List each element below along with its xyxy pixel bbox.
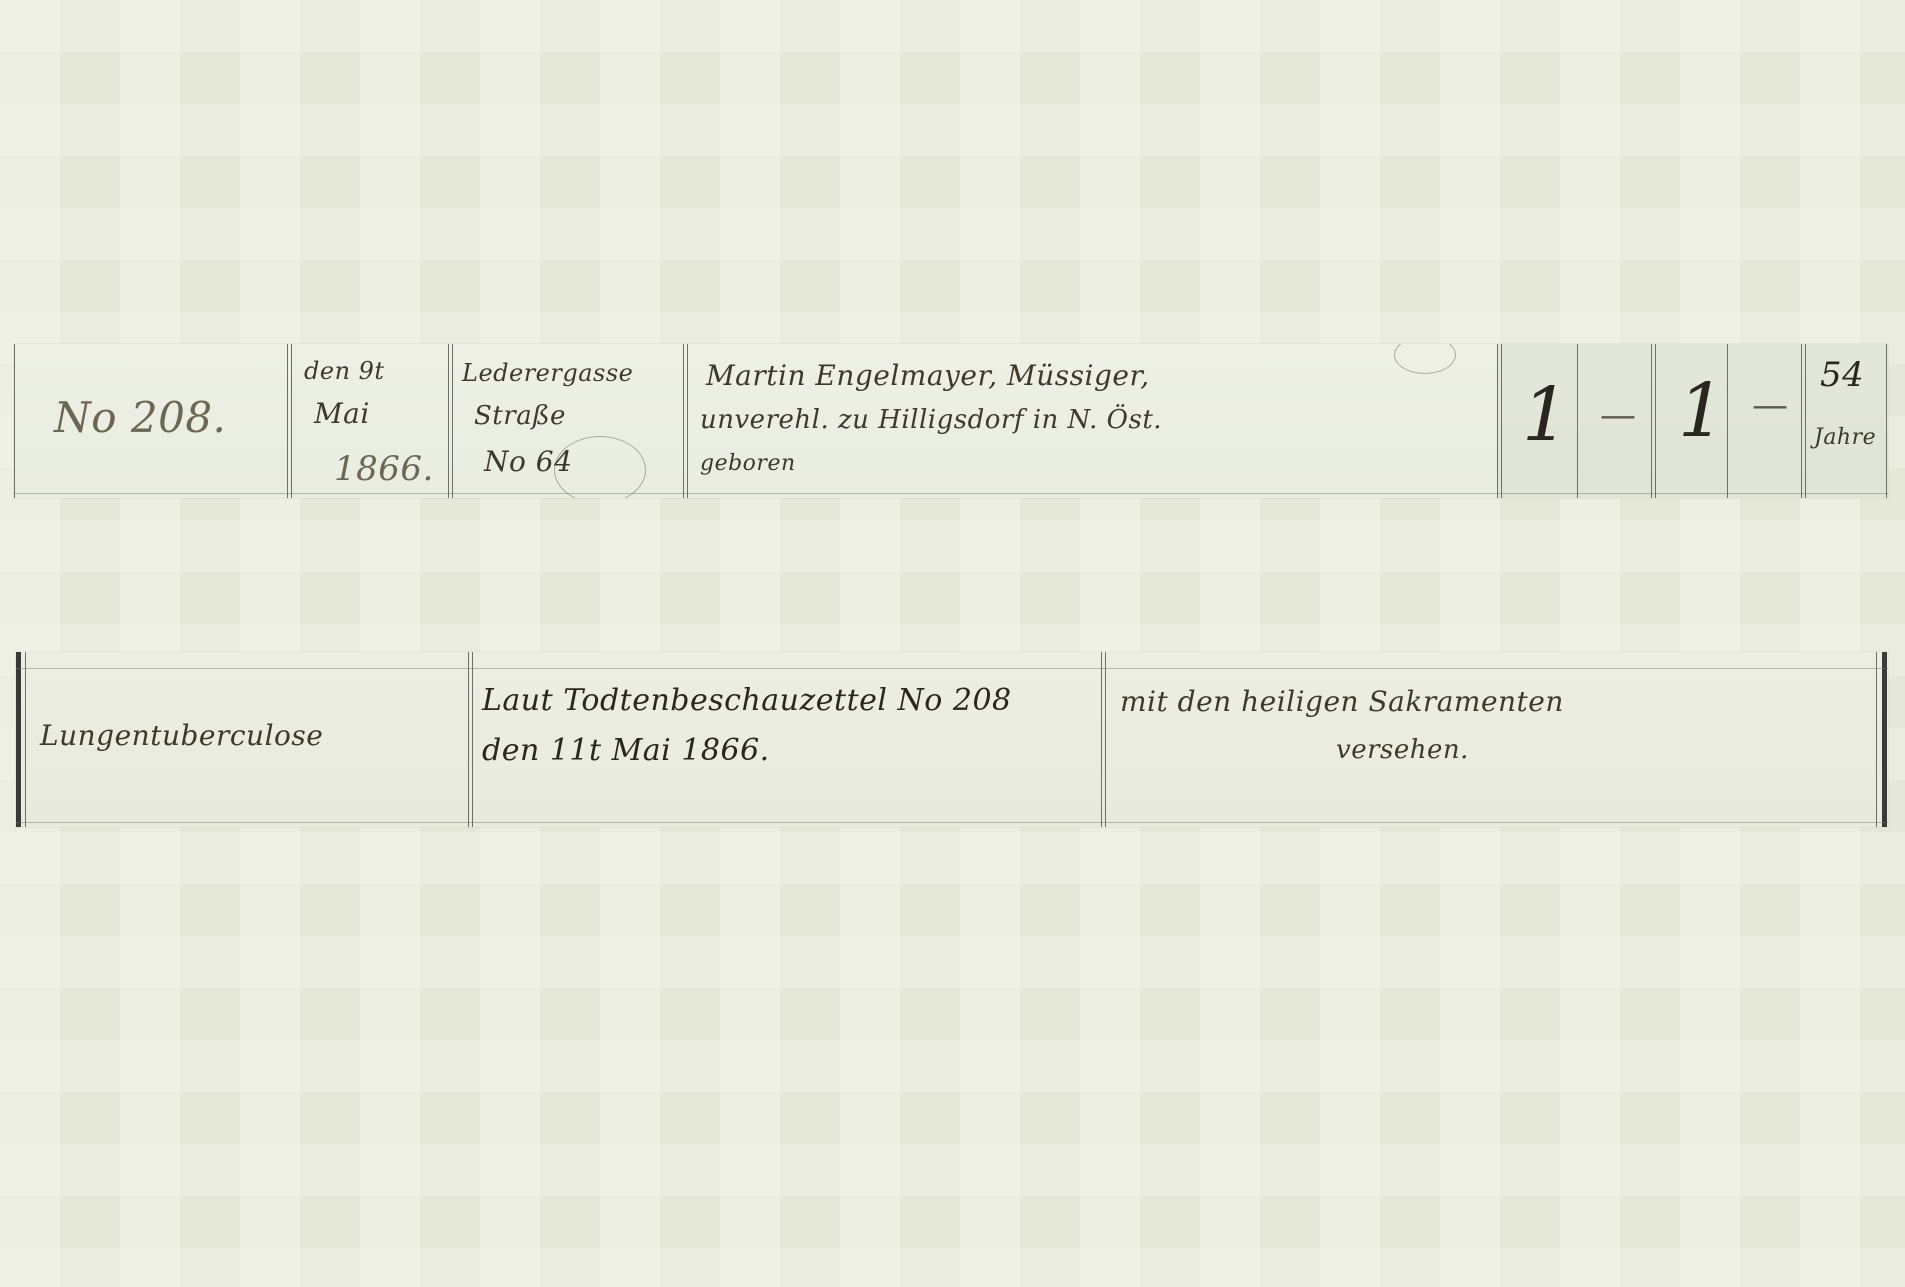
row-rule xyxy=(16,822,1888,823)
column-rule xyxy=(683,344,688,498)
column-rule xyxy=(1801,344,1806,498)
row-rule xyxy=(14,493,1888,494)
death-date-day: den 9t xyxy=(304,356,385,386)
count-catholic-male: 1 xyxy=(1522,378,1569,452)
deceased-status-origin: unverehl. zu Hilligsdorf in N. Öst. xyxy=(700,404,1162,437)
column-rule-border xyxy=(16,652,21,827)
column-rule xyxy=(448,344,453,498)
age-unit: Jahre xyxy=(1814,424,1876,452)
count-catholic-female: — xyxy=(1600,398,1636,434)
register-entry-strip: No 208. den 9t Mai 1866. Lederergasse St… xyxy=(14,344,1888,498)
age-value: 54 xyxy=(1820,354,1864,397)
column-rule xyxy=(25,652,26,827)
death-certificate-reference: Laut Todtenbeschauzettel No 208 xyxy=(482,682,1012,720)
death-certificate-date: den 11t Mai 1866. xyxy=(482,732,770,770)
column-rule xyxy=(287,344,292,498)
register-detail-strip: Lungentuberculose Laut Todtenbeschauzett… xyxy=(16,652,1888,827)
column-rule xyxy=(1101,652,1106,827)
column-rule-border xyxy=(1882,652,1887,827)
address-street: Lederergasse xyxy=(462,358,633,388)
column-rule xyxy=(14,344,15,498)
address-street-type: Straße xyxy=(474,400,566,433)
column-rule xyxy=(468,652,473,827)
column-rule xyxy=(1727,344,1728,498)
flourish-oval xyxy=(1394,344,1456,374)
remarks-provided: versehen. xyxy=(1336,734,1469,767)
death-date-year: 1866. xyxy=(334,448,434,491)
column-rule xyxy=(1497,344,1502,498)
death-date-month: Mai xyxy=(314,396,370,431)
entry-number: No 208. xyxy=(54,392,226,445)
count-married: — xyxy=(1752,388,1788,424)
remarks-sacraments: mit den heiligen Sakramenten xyxy=(1120,684,1564,719)
deceased-name: Martin Engelmayer, Müssiger, xyxy=(706,358,1150,393)
column-rule xyxy=(1876,652,1877,827)
deceased-born-label: geboren xyxy=(700,450,796,478)
count-single: 1 xyxy=(1678,374,1725,448)
column-rule xyxy=(1651,344,1656,498)
row-rule xyxy=(16,668,1888,669)
address-house-number: No 64 xyxy=(484,444,572,479)
cause-of-death: Lungentuberculose xyxy=(40,718,323,753)
column-rule xyxy=(1577,344,1578,498)
column-rule xyxy=(1886,344,1887,498)
